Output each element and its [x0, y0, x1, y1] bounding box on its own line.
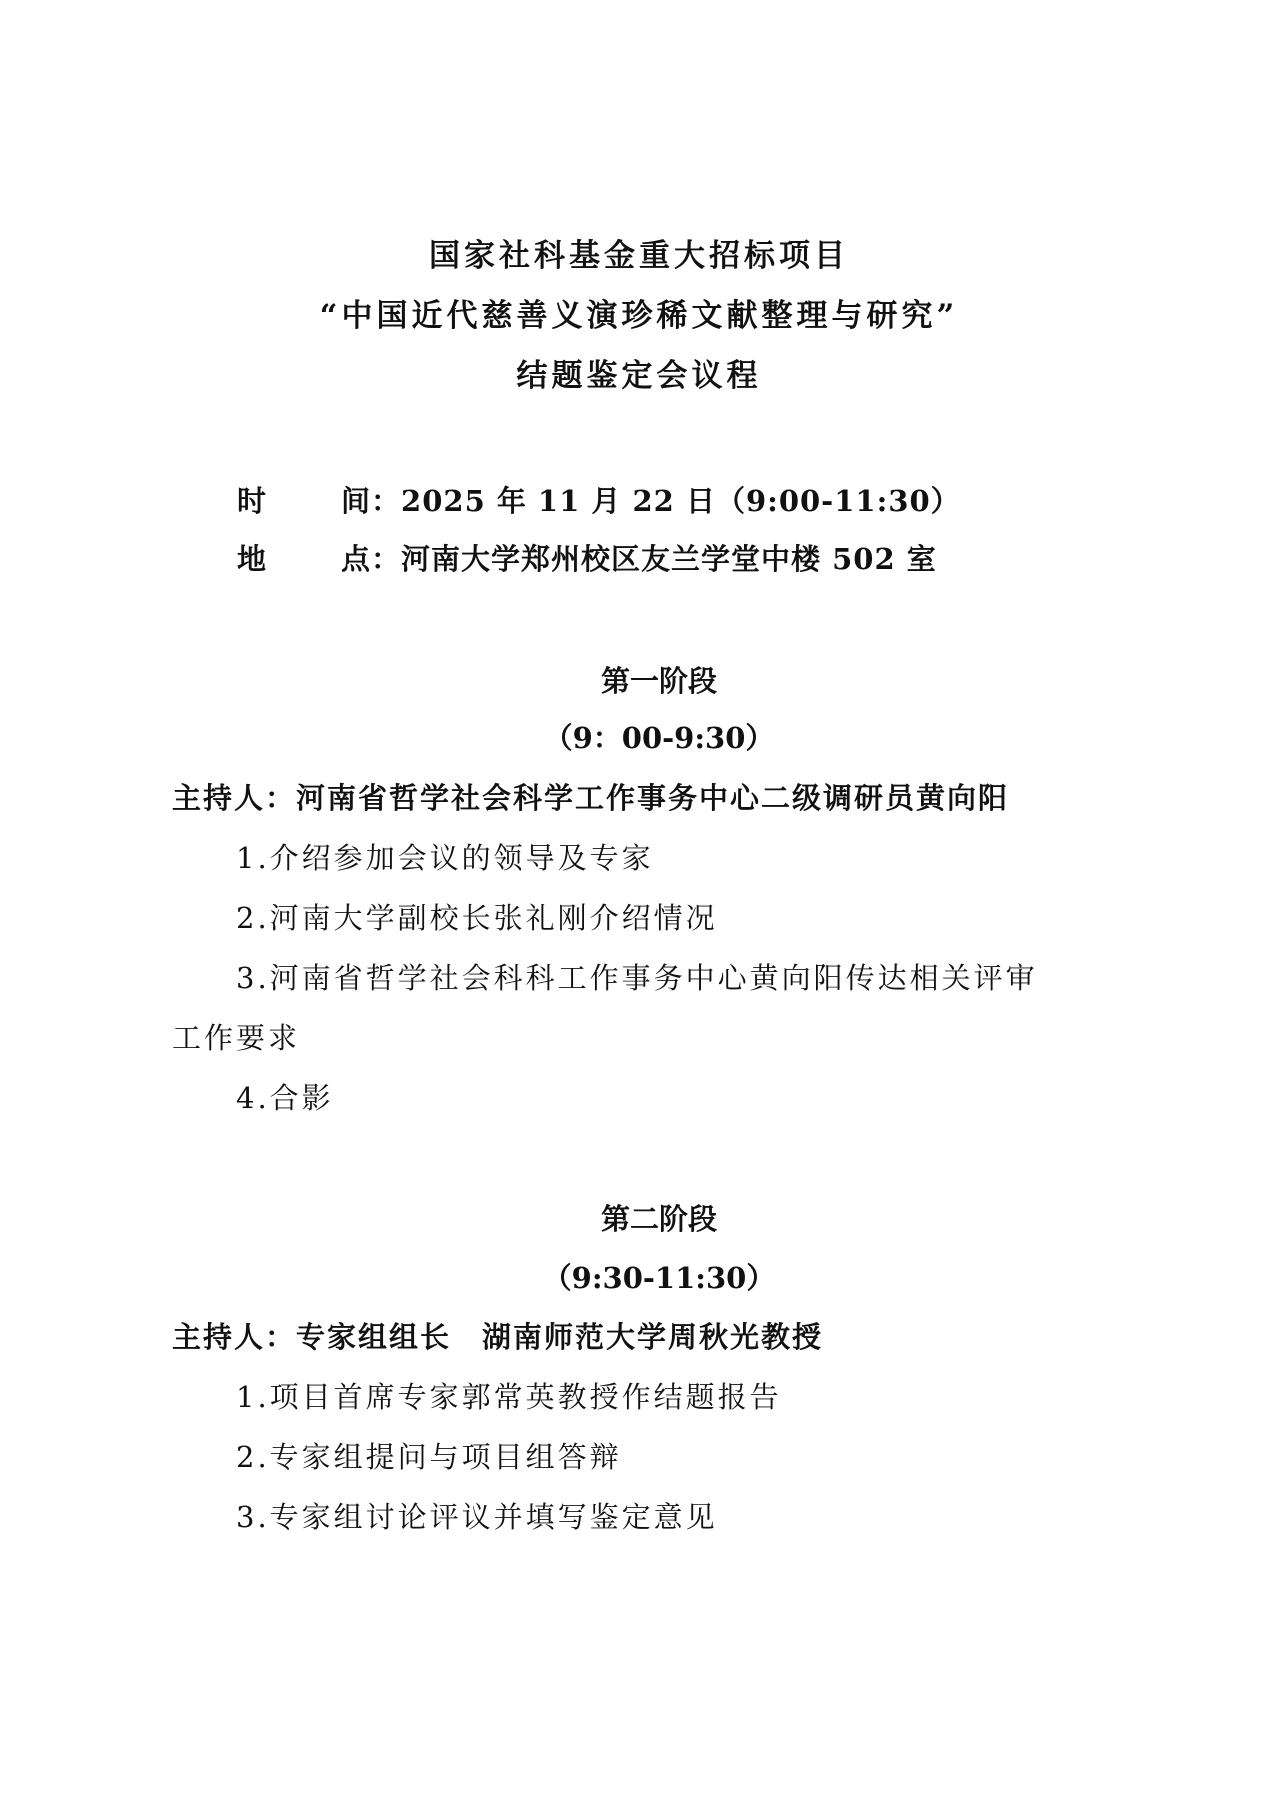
place-value: 河南大学郑州校区友兰学堂中楼 502 室	[401, 542, 937, 576]
place-label-char2: 点	[341, 542, 371, 576]
stage-1-item-3: 3.河南省哲学社会科科工作事务中心黄向阳传达相关评审	[236, 960, 1038, 996]
title-line-3: 结题鉴定会议程	[0, 358, 1278, 394]
stage-1-heading: 第一阶段	[0, 663, 1278, 699]
meeting-time: 时间：2025 年 11 月 22 日（9:00-11:30）	[237, 483, 961, 519]
place-separator: ：	[371, 542, 401, 576]
meeting-place: 地点：河南大学郑州校区友兰学堂中楼 502 室	[237, 541, 937, 577]
stage-2-time: （9:30-11:30）	[0, 1260, 1278, 1296]
stage-2-item-3: 3.专家组讨论评议并填写鉴定意见	[236, 1499, 718, 1535]
title-line-1: 国家社科基金重大招标项目	[0, 238, 1278, 274]
stage-1-item-4: 4.合影	[236, 1080, 334, 1116]
stage-2-host: 主持人：专家组组长 湖南师范大学周秋光教授	[172, 1319, 823, 1355]
place-label-char1: 地	[237, 541, 273, 577]
time-label-char2: 间	[341, 484, 371, 518]
stage-1-time: （9：00-9:30）	[0, 720, 1278, 756]
title-line-2: “中国近代慈善义演珍稀文献整理与研究”	[0, 298, 1278, 334]
time-separator: ：	[371, 484, 401, 518]
stage-2-item-2: 2.专家组提问与项目组答辩	[236, 1439, 622, 1475]
stage-2-heading: 第二阶段	[0, 1201, 1278, 1237]
stage-1-host: 主持人：河南省哲学社会科学工作事务中心二级调研员黄向阳	[172, 780, 1009, 816]
stage-1-item-3-continuation: 工作要求	[172, 1020, 300, 1056]
time-label-char1: 时	[237, 483, 273, 519]
stage-1-item-2: 2.河南大学副校长张礼刚介绍情况	[236, 900, 718, 936]
stage-1-item-1: 1.介绍参加会议的领导及专家	[236, 840, 654, 876]
time-value: 2025 年 11 月 22 日（9:00-11:30）	[401, 484, 961, 518]
stage-2-item-1: 1.项目首席专家郭常英教授作结题报告	[236, 1379, 782, 1415]
